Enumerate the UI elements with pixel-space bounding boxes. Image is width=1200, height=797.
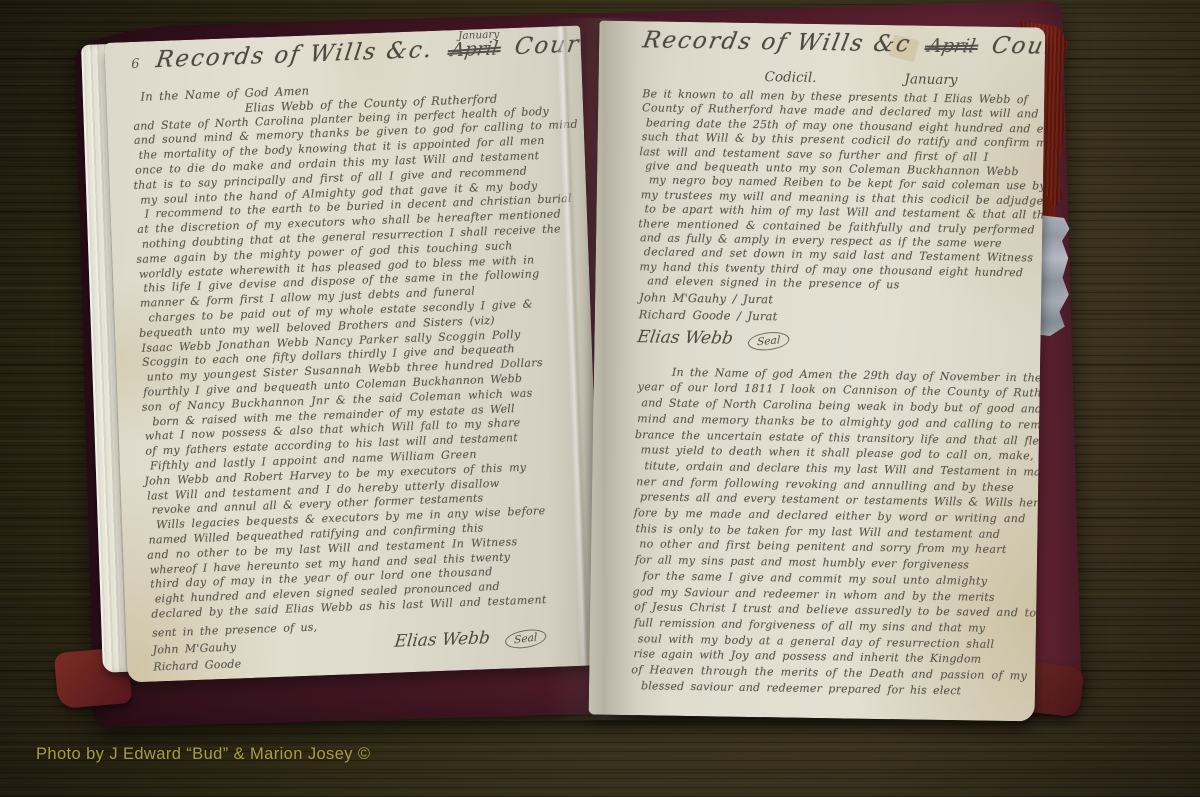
right-page-header: Records of Wills &c April Court 1814 7: [643, 25, 1022, 71]
right-signature-row: Elias Webb Seal: [638, 311, 1017, 354]
right-page: Records of Wills &c April Court 1814 7 C…: [589, 21, 1046, 722]
signature-elias-webb-right: Elias Webb Seal: [636, 311, 1006, 354]
court-term-right: April: [928, 35, 975, 58]
left-page: 6 Records of Wills &c. January April Cou…: [104, 25, 603, 682]
will-body-text: and State of North Carolina planter bein…: [133, 104, 583, 623]
signature-elias-webb-left: Elias Webb Seal: [392, 608, 587, 666]
term-struck-right: April: [926, 35, 977, 58]
seal-mark: Seal: [505, 627, 546, 651]
ledger-title-right: Records of Wills &c: [641, 27, 914, 57]
ledger-title-suffix-right: Court 1814: [990, 33, 1046, 61]
signature-name: Elias Webb: [393, 628, 490, 652]
court-term-left: January April: [450, 38, 498, 62]
ledger-title-left: Records of Wills &c.: [155, 37, 436, 73]
codicil-label: Codicil.: [764, 69, 816, 90]
second-will-text: In the Name of god Amen the 29th day of …: [633, 364, 1016, 700]
seal-mark: Seal: [747, 330, 789, 352]
signature-name: Elias Webb: [636, 327, 735, 348]
codicil-body-text: Be it known to all men by these presents…: [639, 87, 1020, 295]
term-note: January: [904, 71, 957, 92]
page-number-left: 6: [131, 57, 140, 72]
witness-column: sent in the presence of us, John M'Gauhy…: [152, 615, 396, 675]
term-struck-left: April: [449, 37, 499, 61]
photo-credit-watermark: Photo by J Edward “Bud” & Marion Josey ©: [36, 745, 370, 764]
photo-scene: 6 Records of Wills &c. January April Cou…: [0, 0, 1200, 797]
